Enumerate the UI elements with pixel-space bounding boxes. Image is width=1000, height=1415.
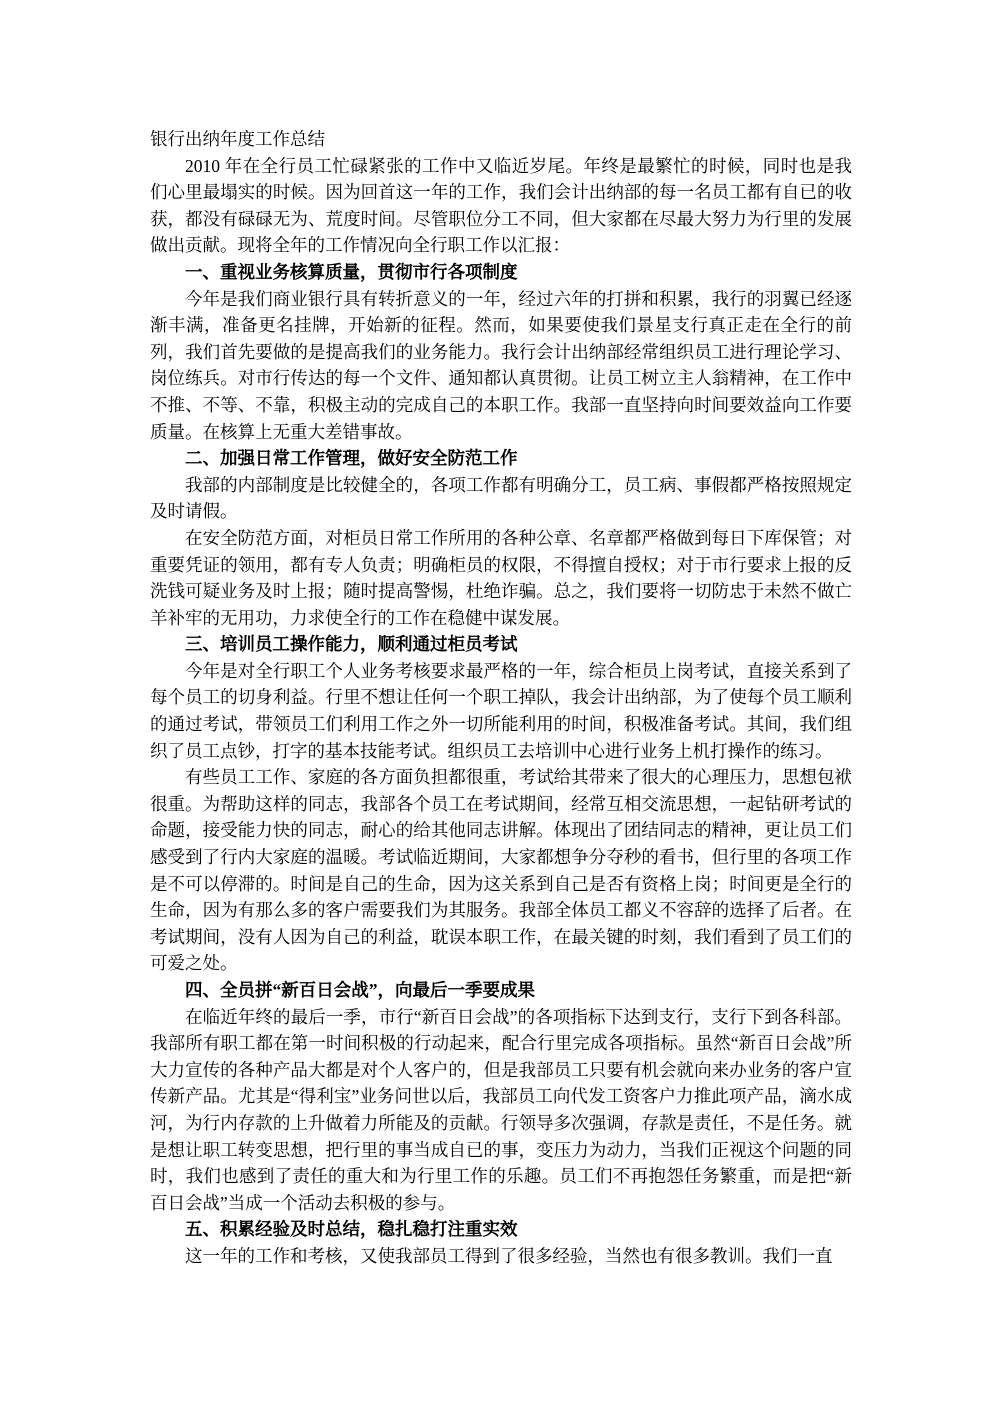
- section-heading-4: 四、全员拼“新百日会战”，向最后一季要成果: [150, 977, 852, 1004]
- section-2-paragraph-2: 在安全防范方面，对柜员日常工作所用的各种公章、名章都严格做到每日下库保管；对重要…: [150, 525, 852, 631]
- section-1-paragraph: 今年是我们商业银行具有转折意义的一年，经过六年的打拼和积累，我行的羽翼已经逐渐丰…: [150, 286, 852, 446]
- document-title: 银行出纳年度工作总结: [150, 126, 852, 153]
- section-heading-3: 三、培训员工操作能力，顺利通过柜员考试: [150, 631, 852, 658]
- section-4-paragraph: 在临近年终的最后一季，市行“新百日会战”的各项指标下达到支行，支行下到各科部。我…: [150, 1004, 852, 1217]
- section-5-paragraph: 这一年的工作和考核，又使我部员工得到了很多经验，当然也有很多教训。我们一直: [150, 1243, 852, 1270]
- section-3-paragraph-1: 今年是对全行职工个人业务考核要求最严格的一年，综合柜员上岗考试，直接关系到了每个…: [150, 658, 852, 764]
- section-3-paragraph-2: 有些员工工作、家庭的各方面负担都很重，考试给其带来了很大的心理压力，思想包袱很重…: [150, 764, 852, 977]
- section-heading-1: 一、重视业务核算质量，贯彻市行各项制度: [150, 259, 852, 286]
- intro-paragraph: 2010 年在全行员工忙碌紧张的工作中又临近岁尾。年终是最繁忙的时候，同时也是我…: [150, 153, 852, 259]
- document-content: 银行出纳年度工作总结 2010 年在全行员工忙碌紧张的工作中又临近岁尾。年终是最…: [150, 126, 852, 1270]
- section-2-paragraph-1: 我部的内部制度是比较健全的，各项工作都有明确分工，员工病、事假都严格按照规定及时…: [150, 472, 852, 525]
- document-page: 银行出纳年度工作总结 2010 年在全行员工忙碌紧张的工作中又临近岁尾。年终是最…: [0, 0, 1000, 1415]
- section-heading-5: 五、积累经验及时总结，稳扎稳打注重实效: [150, 1216, 852, 1243]
- section-heading-2: 二、加强日常工作管理，做好安全防范工作: [150, 445, 852, 472]
